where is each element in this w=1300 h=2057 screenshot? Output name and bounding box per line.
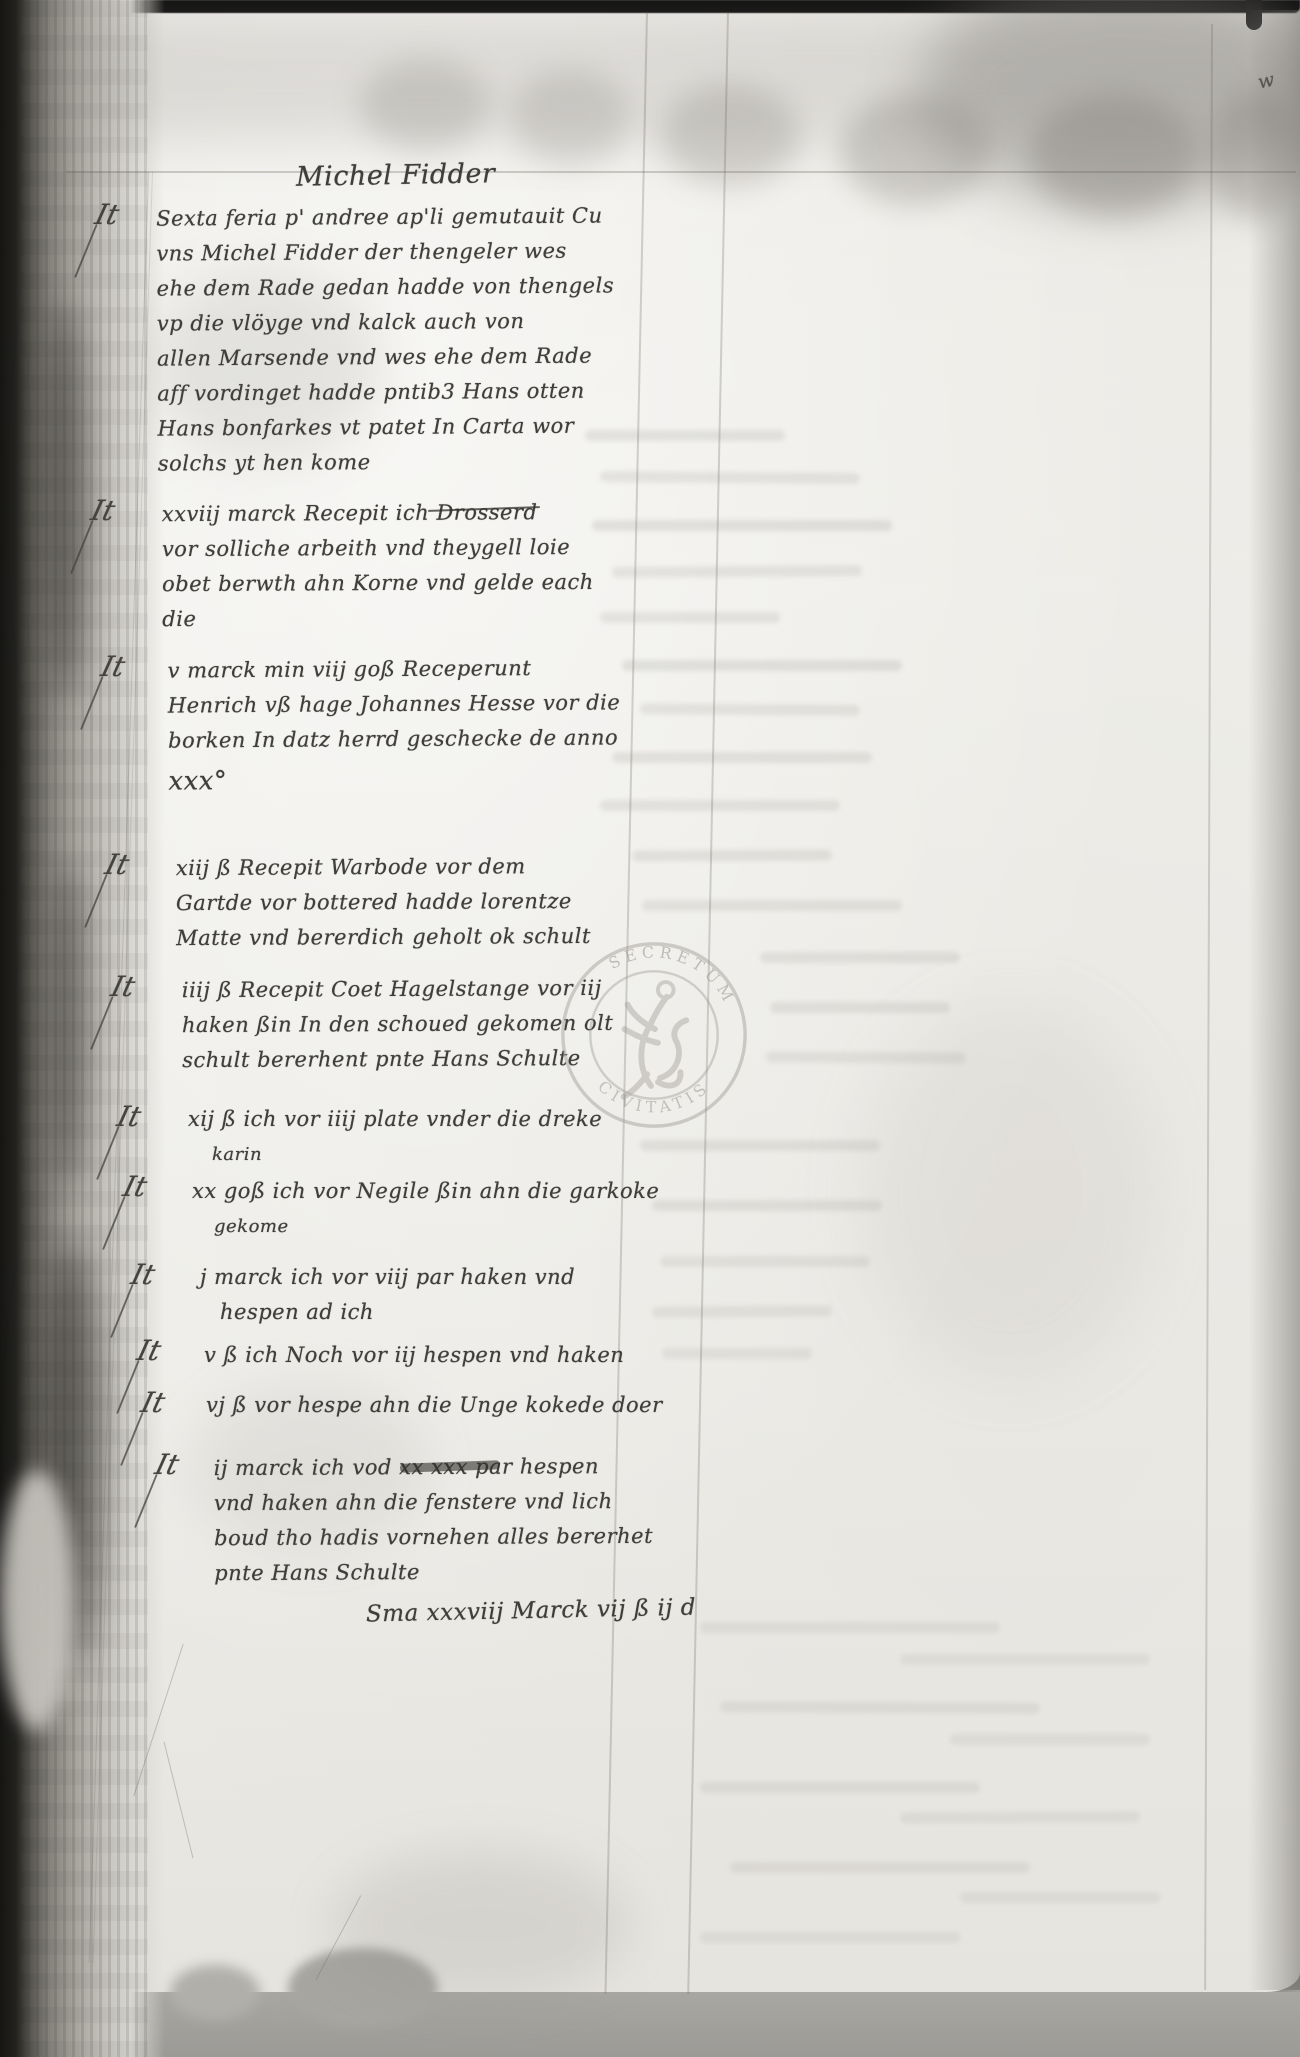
entry-line: haken ßin In den schoued gekomen olt	[182, 1006, 613, 1043]
entry-line: gekome	[214, 1209, 659, 1244]
entry-line: vns Michel Fidder der thengeler wes	[156, 233, 614, 271]
scanned-manuscript-page: w Michel Fidder It It It It It It It It …	[0, 0, 1300, 2057]
entry-line: solchs yt hen kome	[158, 443, 616, 481]
account-entry: xij ß ich vor iiij plate vnder die dreke…	[188, 1102, 602, 1172]
city-seal-stamp: SECRETUM CIVITATIS	[556, 936, 752, 1134]
seal-lion-rampant-icon	[624, 982, 687, 1097]
entry-line: Hans bonfarkes vt patet In Carta wor	[157, 408, 615, 446]
entry-line: allen Marsende vnd wes ehe dem Rade	[157, 338, 615, 376]
entry-line: Gartde vor bottered hadde lorentze	[176, 884, 591, 921]
account-entry: xxviij marck Recepit ich Drosserd vor so…	[162, 495, 594, 637]
entry-line: Matte vnd bererdich geholt ok schult	[176, 919, 591, 956]
entry-line: v ß ich Noch vor iij hespen vnd haken	[204, 1338, 624, 1373]
entry-line: iiij ß Recepit Coet Hagelstange vor iij	[182, 971, 613, 1008]
entry-line: karin	[212, 1137, 602, 1172]
entry-line: vp die vlöyge vnd kalck auch von	[157, 303, 615, 341]
entry-line: xx goß ich vor Negile ßin ahn die garkok…	[192, 1174, 659, 1209]
account-entry: v marck min viij goß Receperunt Henrich …	[167, 650, 620, 799]
account-entry: xiij ß Recepit Warbode vor dem Gartde vo…	[176, 849, 591, 956]
entry-line: Sexta feria p' andree ap'li gemutauit Cu	[156, 198, 614, 236]
entry-line: vor solliche arbeith vnd theygell loie	[162, 530, 594, 567]
entry-line: die	[162, 600, 594, 637]
entry-line: Henrich vß hage Johannes Hesse vor die	[168, 685, 621, 723]
entry-line: vj ß vor hespe ahn die Unge kokede doer	[206, 1388, 663, 1423]
deckle-striation	[18, 0, 148, 2057]
account-entry: vj ß vor hespe ahn die Unge kokede doer	[206, 1388, 663, 1423]
page-right-edge-shade	[1248, 10, 1300, 1990]
seal-legend-bottom: CIVITATIS	[594, 1077, 713, 1117]
entry-line: v marck min viij goß Receperunt	[167, 650, 620, 688]
scan-bed-bottom	[0, 1992, 1300, 2057]
svg-text:CIVITATIS: CIVITATIS	[594, 1077, 713, 1117]
account-entry: xx goß ich vor Negile ßin ahn die garkok…	[192, 1174, 659, 1244]
entry-line: schult bererhent pnte Hans Schulte	[182, 1041, 613, 1078]
entry-line: hespen ad ich	[220, 1295, 575, 1330]
entry-line: obet berwth ahn Korne vnd gelde each	[162, 565, 594, 602]
account-entry: j marck ich vor viij par haken vnd hespe…	[200, 1260, 575, 1330]
page-title: Michel Fidder	[296, 158, 496, 192]
account-entry: iiij ß Recepit Coet Hagelstange vor iij …	[182, 971, 614, 1078]
entry-line: xij ß ich vor iiij plate vnder die dreke	[188, 1102, 602, 1137]
entry-line: ehe dem Rade gedan hadde von thengels	[157, 268, 615, 306]
account-entry: v ß ich Noch vor iij hespen vnd haken	[204, 1338, 624, 1373]
entry-line: xxx°	[168, 761, 621, 799]
entry-line: xxviij marck Recepit ich Drosserd	[162, 495, 594, 532]
account-entry: Sexta feria p' andree ap'li gemutauit Cu…	[156, 198, 615, 481]
entry-line: xiij ß Recepit Warbode vor dem	[176, 849, 591, 886]
entry-line: boud tho hadis vornehen alles bererhet	[214, 1519, 653, 1556]
entry-line: borken In datz herrd geschecke de anno	[168, 720, 621, 758]
entry-line: vnd haken ahn die fenstere vnd lich	[214, 1484, 653, 1521]
entry-line: aff vordinget hadde pntib3 Hans otten	[157, 373, 615, 411]
entry-line: pnte Hans Schulte	[214, 1554, 653, 1591]
entry-line: j marck ich vor viij par haken vnd	[200, 1260, 575, 1295]
